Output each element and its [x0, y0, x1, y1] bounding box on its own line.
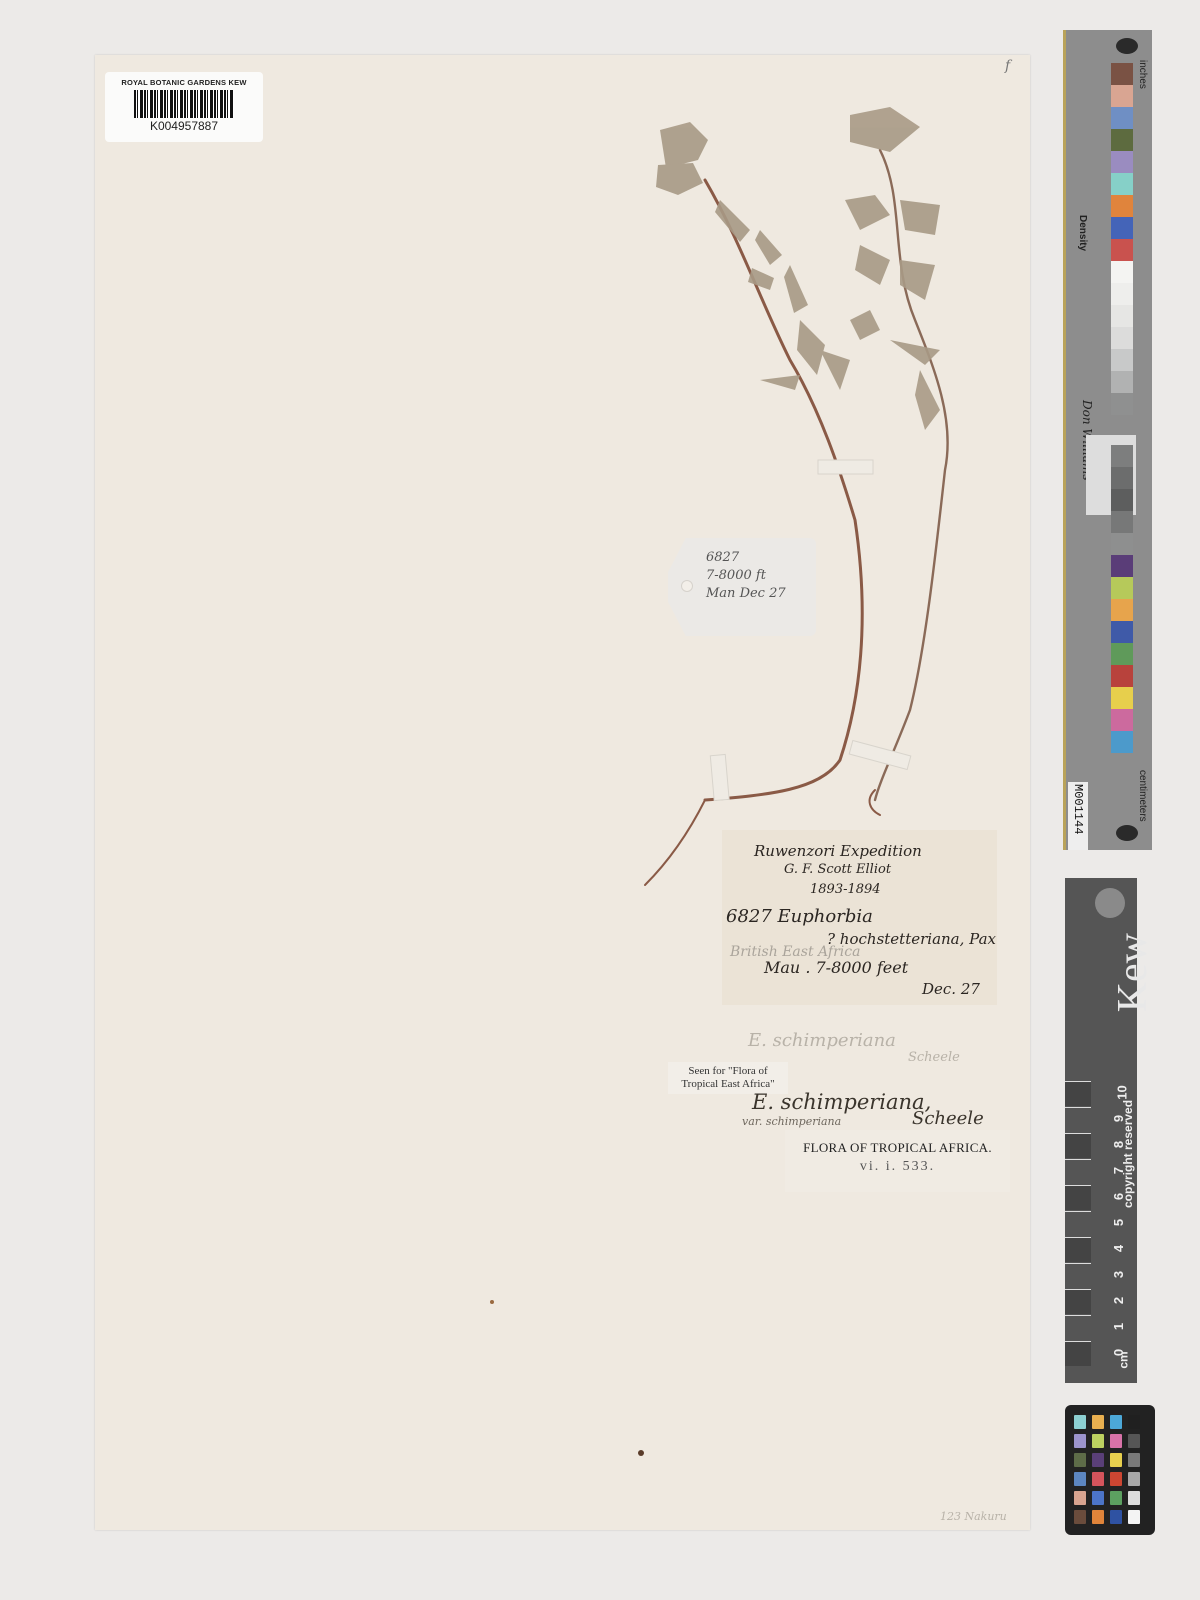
unit-inches: inches [1137, 60, 1148, 89]
checker-patch [1110, 1415, 1122, 1429]
density-label: Density [1077, 215, 1088, 251]
pencil-annotation-name: E. schimperiana [748, 1030, 896, 1051]
checker-patch [1128, 1491, 1140, 1505]
flora-reference: vi. i. 533. [785, 1159, 1010, 1175]
color-swatch [1111, 709, 1133, 731]
color-swatch [1111, 217, 1133, 239]
ruler-segment [1065, 1133, 1091, 1158]
ruler-tick-label: 6 [1111, 1193, 1126, 1200]
color-swatch [1111, 371, 1133, 393]
specimen-debris [638, 1450, 644, 1456]
ruler-segment [1065, 1315, 1091, 1340]
ruler-segment [1065, 1081, 1091, 1106]
flora-title: FLORA OF TROPICAL AFRICA. [785, 1140, 1010, 1156]
specimen-debris [490, 1300, 494, 1304]
checker-patch [1074, 1434, 1086, 1448]
color-swatch [1111, 445, 1133, 467]
color-scale-bar: inches centimeters Density Don Williams … [1063, 30, 1152, 850]
ruler-segment [1065, 1185, 1091, 1210]
checker-patch [1092, 1472, 1104, 1486]
color-swatch [1111, 239, 1133, 261]
checker-patch [1110, 1434, 1122, 1448]
ruler-tick-label: 3 [1111, 1271, 1126, 1278]
checker-patch [1110, 1510, 1122, 1524]
color-swatch [1111, 283, 1133, 305]
ruler-segment [1065, 1289, 1091, 1314]
color-swatch [1111, 643, 1133, 665]
plant-specimen [0, 0, 1200, 1600]
color-swatch [1111, 533, 1133, 555]
ruler-tick-label: 9 [1111, 1115, 1126, 1122]
color-swatch [1111, 107, 1133, 129]
ruler-segment [1065, 1107, 1091, 1132]
color-swatch [1111, 467, 1133, 489]
bottom-pencil-note: 123 Nakuru [940, 1510, 1007, 1523]
determination-name: E. schimperiana, [752, 1090, 931, 1114]
field-tag: 6827 7-8000 ft Man Dec 27 [668, 538, 816, 636]
pencil-annotation-author: Scheele [908, 1050, 960, 1065]
ruler-tick-label: 1 [1111, 1323, 1126, 1330]
color-swatch [1111, 555, 1133, 577]
flora-label: FLORA OF TROPICAL AFRICA. vi. i. 533. [785, 1130, 1010, 1192]
royal-crest-icon [1095, 888, 1125, 918]
determination-author: Scheele [912, 1108, 984, 1129]
kew-logo: Kew [1109, 933, 1157, 1012]
tag-line-altitude: 7-8000 ft [706, 568, 766, 583]
color-swatch [1111, 327, 1133, 349]
tag-line-number: 6827 [706, 550, 739, 565]
checker-patch [1074, 1491, 1086, 1505]
seen-for-line-1: Seen for "Flora of [668, 1065, 788, 1078]
color-swatch [1111, 63, 1133, 85]
ruler-tick-label: 4 [1111, 1245, 1126, 1252]
locality-altitude: Mau . 7-8000 feet [764, 958, 908, 977]
expedition-name: Ruwenzori Expedition [754, 842, 922, 860]
color-swatch [1111, 85, 1133, 107]
ruler-tick-label: 5 [1111, 1219, 1126, 1226]
color-swatch [1111, 151, 1133, 173]
collection-date: Dec. 27 [922, 980, 980, 998]
collector-name: G. F. Scott Elliot [784, 862, 891, 877]
color-swatch [1111, 731, 1133, 753]
kew-scale-bar: Kew copyright reserved cm 012345678910 [1065, 878, 1137, 1383]
checker-patch [1092, 1434, 1104, 1448]
checker-patch [1092, 1453, 1104, 1467]
checker-patch [1074, 1472, 1086, 1486]
checker-patch [1110, 1472, 1122, 1486]
checker-patch [1092, 1415, 1104, 1429]
color-swatch [1111, 129, 1133, 151]
checker-patch [1074, 1415, 1086, 1429]
checker-patch [1092, 1491, 1104, 1505]
determination-variety: var. schimperiana [742, 1115, 841, 1128]
color-swatch [1111, 195, 1133, 217]
checker-patch [1128, 1415, 1140, 1429]
checker-patch [1074, 1453, 1086, 1467]
color-swatch [1111, 665, 1133, 687]
ruler-segment [1065, 1341, 1091, 1366]
ruler-segment [1065, 1211, 1091, 1236]
color-swatch [1111, 393, 1133, 415]
tag-hole [681, 580, 693, 592]
ruler-tick-label: 10 [1115, 1085, 1130, 1099]
collection-years: 1893-1894 [810, 882, 881, 897]
checker-patch [1128, 1472, 1140, 1486]
ruler-segment [1065, 1237, 1091, 1262]
color-swatch [1111, 173, 1133, 195]
checker-patch [1074, 1510, 1086, 1524]
color-swatch [1111, 489, 1133, 511]
collection-label: Ruwenzori Expedition G. F. Scott Elliot … [722, 830, 997, 1005]
scale-hole-icon [1116, 825, 1138, 841]
checker-patch [1128, 1453, 1140, 1467]
tag-line-locality-date: Man Dec 27 [706, 586, 786, 601]
collection-number-genus: 6827 Euphorbia [726, 906, 873, 927]
ruler-tick-label: 8 [1111, 1141, 1126, 1148]
color-swatch [1111, 261, 1133, 283]
color-swatch [1111, 305, 1133, 327]
color-swatch [1111, 577, 1133, 599]
scale-code-label: M001144 [1068, 782, 1088, 850]
color-swatch [1111, 511, 1133, 533]
checker-patch [1128, 1510, 1140, 1524]
checker-patch [1110, 1453, 1122, 1467]
color-swatch [1111, 687, 1133, 709]
scale-hole-icon [1116, 38, 1138, 54]
checker-patch [1110, 1491, 1122, 1505]
ruler-tick-label: 2 [1111, 1297, 1126, 1304]
checker-patch [1128, 1434, 1140, 1448]
ruler-segment [1065, 1159, 1091, 1184]
ruler-segment [1065, 1263, 1091, 1288]
unit-centimeters: centimeters [1137, 770, 1148, 822]
ruler-tick-label: 0 [1111, 1349, 1126, 1356]
color-swatch [1111, 349, 1133, 371]
color-swatch [1111, 621, 1133, 643]
color-swatch [1111, 599, 1133, 621]
color-checker-card [1065, 1405, 1155, 1535]
checker-patch [1092, 1510, 1104, 1524]
ruler-tick-label: 7 [1111, 1167, 1126, 1174]
